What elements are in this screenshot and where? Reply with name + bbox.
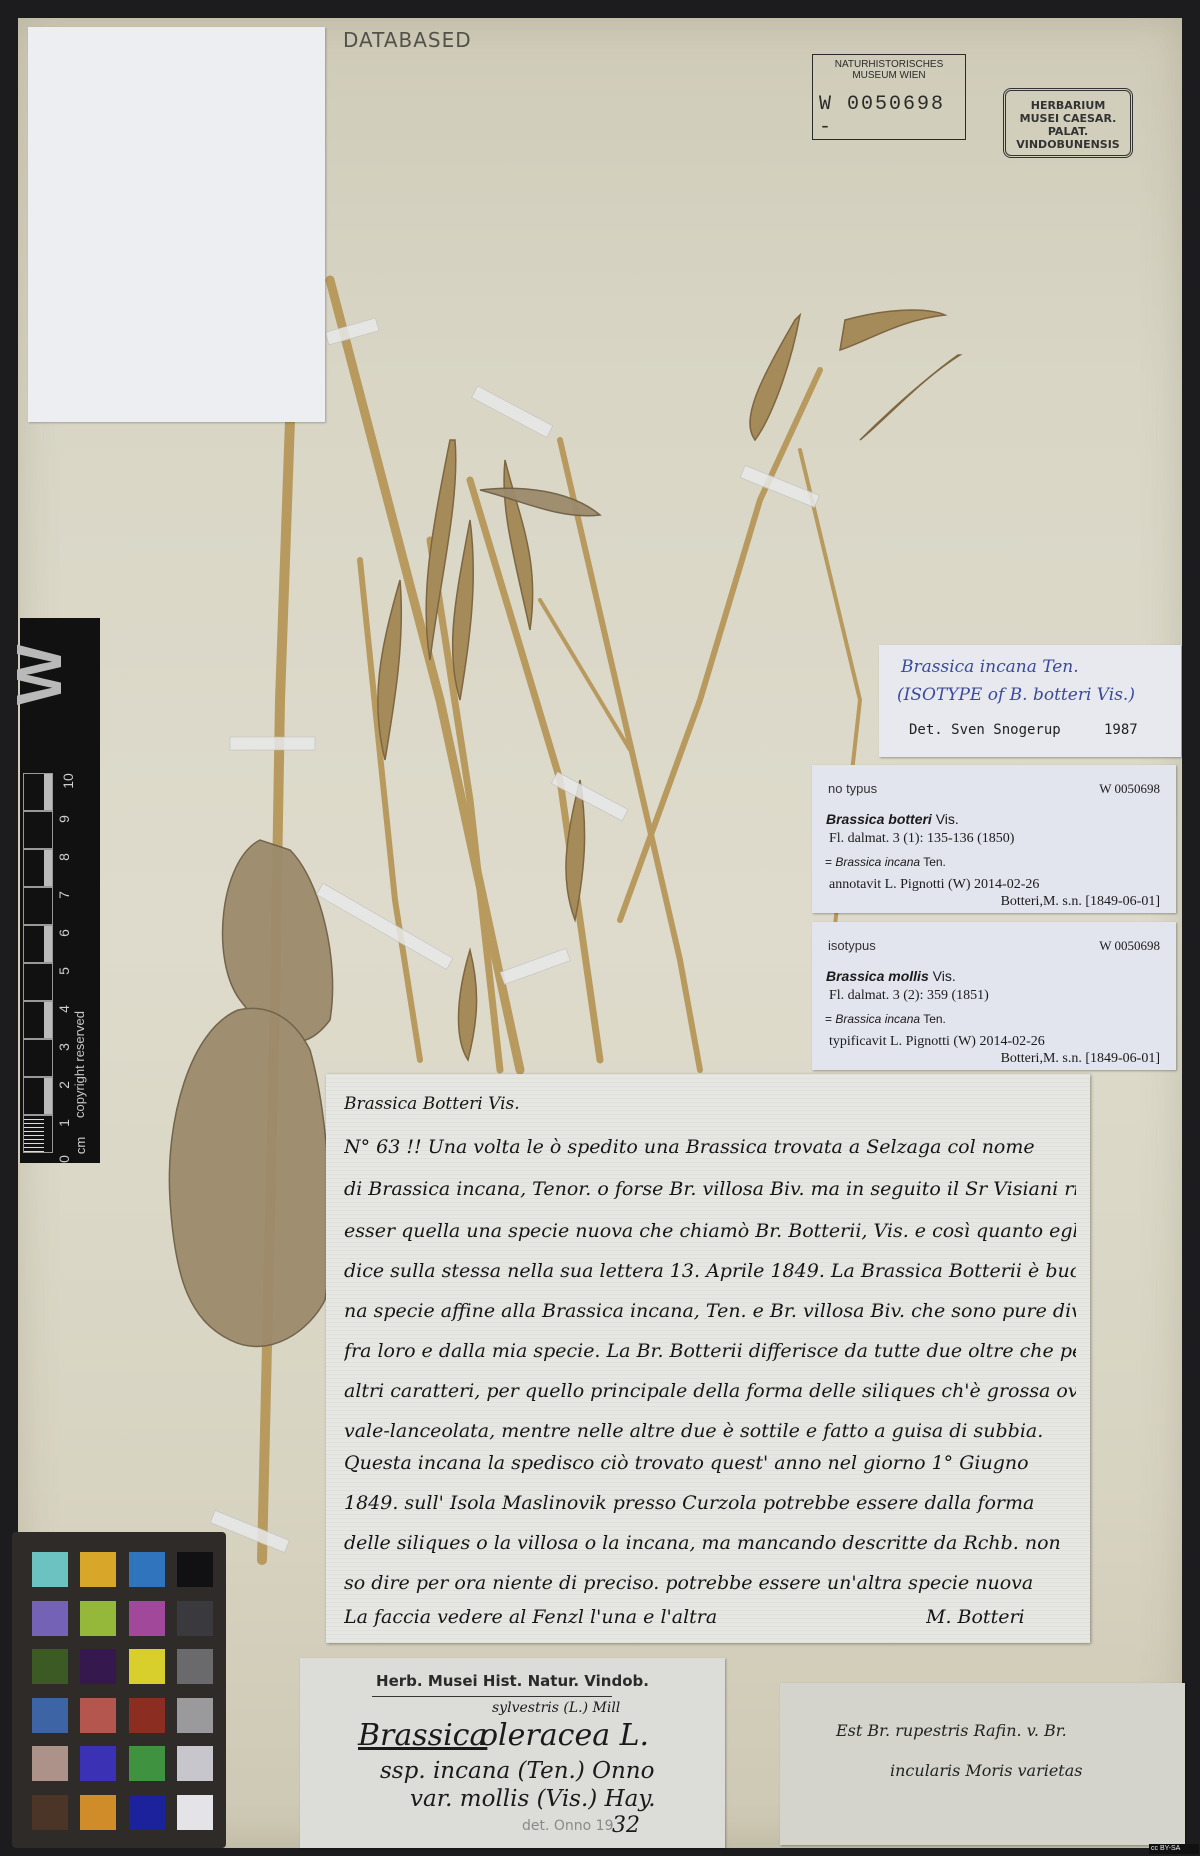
letter-line: Questa incana la spedisco ciò trovato qu… [344, 1452, 1076, 1474]
handwritten-letter: Brassica Botteri Vis. N° 63 !! Una volta… [326, 1074, 1090, 1643]
old-label-line1: Est Br. rupestris Rafin. v. Br. [836, 1721, 1067, 1740]
name-correction: sylvestris (L.) Mill [492, 1700, 620, 1716]
color-patch [80, 1552, 116, 1587]
ruler-scale-bar [23, 773, 53, 1153]
det-printed: det. Onno 19 [522, 1818, 614, 1834]
herbarium-label: Herb. Musei Hist. Natur. Vindob. sylvest… [300, 1658, 725, 1848]
color-patch [177, 1795, 213, 1830]
color-patch [32, 1649, 68, 1684]
museum-name-line1: NATURHISTORISCHES [813, 59, 965, 70]
stamp-line2: MUSEI CAESAR. PALAT. [1006, 112, 1130, 138]
color-patch [177, 1649, 213, 1684]
color-patch [32, 1552, 68, 1587]
color-patch [80, 1698, 116, 1733]
color-patch [129, 1746, 165, 1781]
type-synonym: = Brassica incana Ten. [825, 855, 946, 869]
variety: var. mollis (Vis.) Hay. [410, 1786, 656, 1812]
color-patch [32, 1698, 68, 1733]
museum-barcode-box: NATURHISTORISCHES MUSEUM WIEN W 0050698 … [812, 54, 966, 140]
header-rule [372, 1696, 612, 1697]
color-patch [177, 1552, 213, 1587]
color-patch [32, 1601, 68, 1636]
color-patch [80, 1649, 116, 1684]
type-status: no typus [828, 781, 877, 796]
type-label-isotypus: isotypus W 0050698 Brassica mollis Vis. … [812, 922, 1176, 1070]
ruler-unit: cm [73, 1137, 88, 1154]
color-patch [177, 1746, 213, 1781]
color-patch [80, 1795, 116, 1830]
type-citation: Fl. dalmat. 3 (2): 359 (1851) [829, 988, 989, 1004]
det-determiner: Det. Sven Snogerup [909, 722, 1061, 738]
letter-line: di Brassica incana, Tenor. o forse Br. v… [344, 1178, 1076, 1200]
type-name: Brassica mollis Vis. [826, 968, 956, 984]
type-barcode: W 0050698 [1099, 781, 1160, 797]
color-patch [129, 1698, 165, 1733]
scale-ruler: W 10 9 8 7 6 5 4 3 2 1 0 copyright reser… [20, 618, 100, 1163]
det-year-handwritten: 32 [612, 1813, 640, 1838]
color-patch [129, 1649, 165, 1684]
letter-line: Brassica Botteri Vis. [344, 1094, 1076, 1114]
letter-line: N° 63 !! Una volta le ò spedito una Bras… [344, 1136, 1076, 1158]
type-citation: Fl. dalmat. 3 (1): 135-136 (1850) [829, 831, 1014, 847]
letter-line: delle siliques o la villosa o la incana,… [344, 1532, 1076, 1554]
det-year: 1987 [1104, 722, 1138, 738]
letter-line: 1849. sull' Isola Maslinovik presso Curz… [344, 1492, 1076, 1514]
ruler-caption: copyright reserved [72, 918, 92, 1118]
color-patch [129, 1601, 165, 1636]
determination-label: Brassica incana Ten. (ISOTYPE of B. bott… [879, 645, 1181, 757]
letter-line: vale-lanceolata, mentre nelle altre due … [344, 1420, 1076, 1442]
det-taxon: Brassica incana Ten. [901, 657, 1079, 677]
color-patch [80, 1601, 116, 1636]
letter-line: dice sulla stessa nella sua lettera 13. … [344, 1260, 1076, 1282]
catalog-number: W 0050698 - [819, 93, 965, 139]
stamp-line3: VINDOBUNENSIS [1006, 138, 1130, 151]
herbarium-label-header: Herb. Musei Hist. Natur. Vindob. [300, 1672, 725, 1690]
letter-line: so dire per ora niente di preciso. potre… [344, 1572, 1076, 1594]
type-label-no-typus: no typus W 0050698 Brassica botteri Vis.… [812, 765, 1176, 913]
genus: Brassica [358, 1718, 487, 1753]
letter-signature: M. Botteri [926, 1606, 1076, 1628]
type-collector: Botteri,M. s.n. [1849-06-01] [1001, 894, 1160, 910]
letter-line: na specie affine alla Brassica incana, T… [344, 1300, 1076, 1322]
color-patch [177, 1601, 213, 1636]
subspecies: ssp. incana (Ten.) Onno [380, 1758, 654, 1784]
color-patch [129, 1552, 165, 1587]
color-patch [80, 1746, 116, 1781]
license-badge: cc BY-SA [1149, 1844, 1199, 1854]
color-checker [12, 1532, 226, 1848]
blank-label-paper [28, 27, 325, 422]
letter-line: esser quella una specie nuova che chiamò… [344, 1220, 1076, 1242]
old-label-line2: incularis Moris varietas [890, 1761, 1082, 1780]
type-annotation: typificavit L. Pignotti (W) 2014-02-26 [829, 1034, 1045, 1050]
w-logo: W [15, 657, 105, 705]
museum-name-line2: MUSEUM WIEN [813, 70, 965, 81]
type-barcode: W 0050698 [1099, 938, 1160, 954]
color-patch [129, 1795, 165, 1830]
type-synonym: = Brassica incana Ten. [825, 1012, 946, 1026]
epithet: oleracea L. [480, 1718, 649, 1753]
color-patch [32, 1795, 68, 1830]
letter-line: altri caratteri, per quello principale d… [344, 1380, 1076, 1402]
det-type-note: (ISOTYPE of B. botteri Vis.) [897, 685, 1135, 705]
color-patch [32, 1746, 68, 1781]
letter-line: fra loro e dalla mia specie. La Br. Bott… [344, 1340, 1076, 1362]
databased-stamp: DATABASED [343, 28, 472, 52]
type-annotation: annotavit L. Pignotti (W) 2014-02-26 [829, 877, 1039, 893]
color-patch [177, 1698, 213, 1733]
type-collector: Botteri,M. s.n. [1849-06-01] [1001, 1051, 1160, 1067]
type-name: Brassica botteri Vis. [826, 811, 959, 827]
letter-line: La faccia vedere al Fenzl l'una e l'altr… [344, 1606, 830, 1628]
type-status: isotypus [828, 938, 876, 953]
old-handwritten-label: Est Br. rupestris Rafin. v. Br. inculari… [780, 1683, 1185, 1845]
stamp-line1: HERBARIUM [1006, 99, 1130, 112]
herbarium-stamp: HERBARIUM MUSEI CAESAR. PALAT. VINDOBUNE… [1003, 88, 1133, 158]
